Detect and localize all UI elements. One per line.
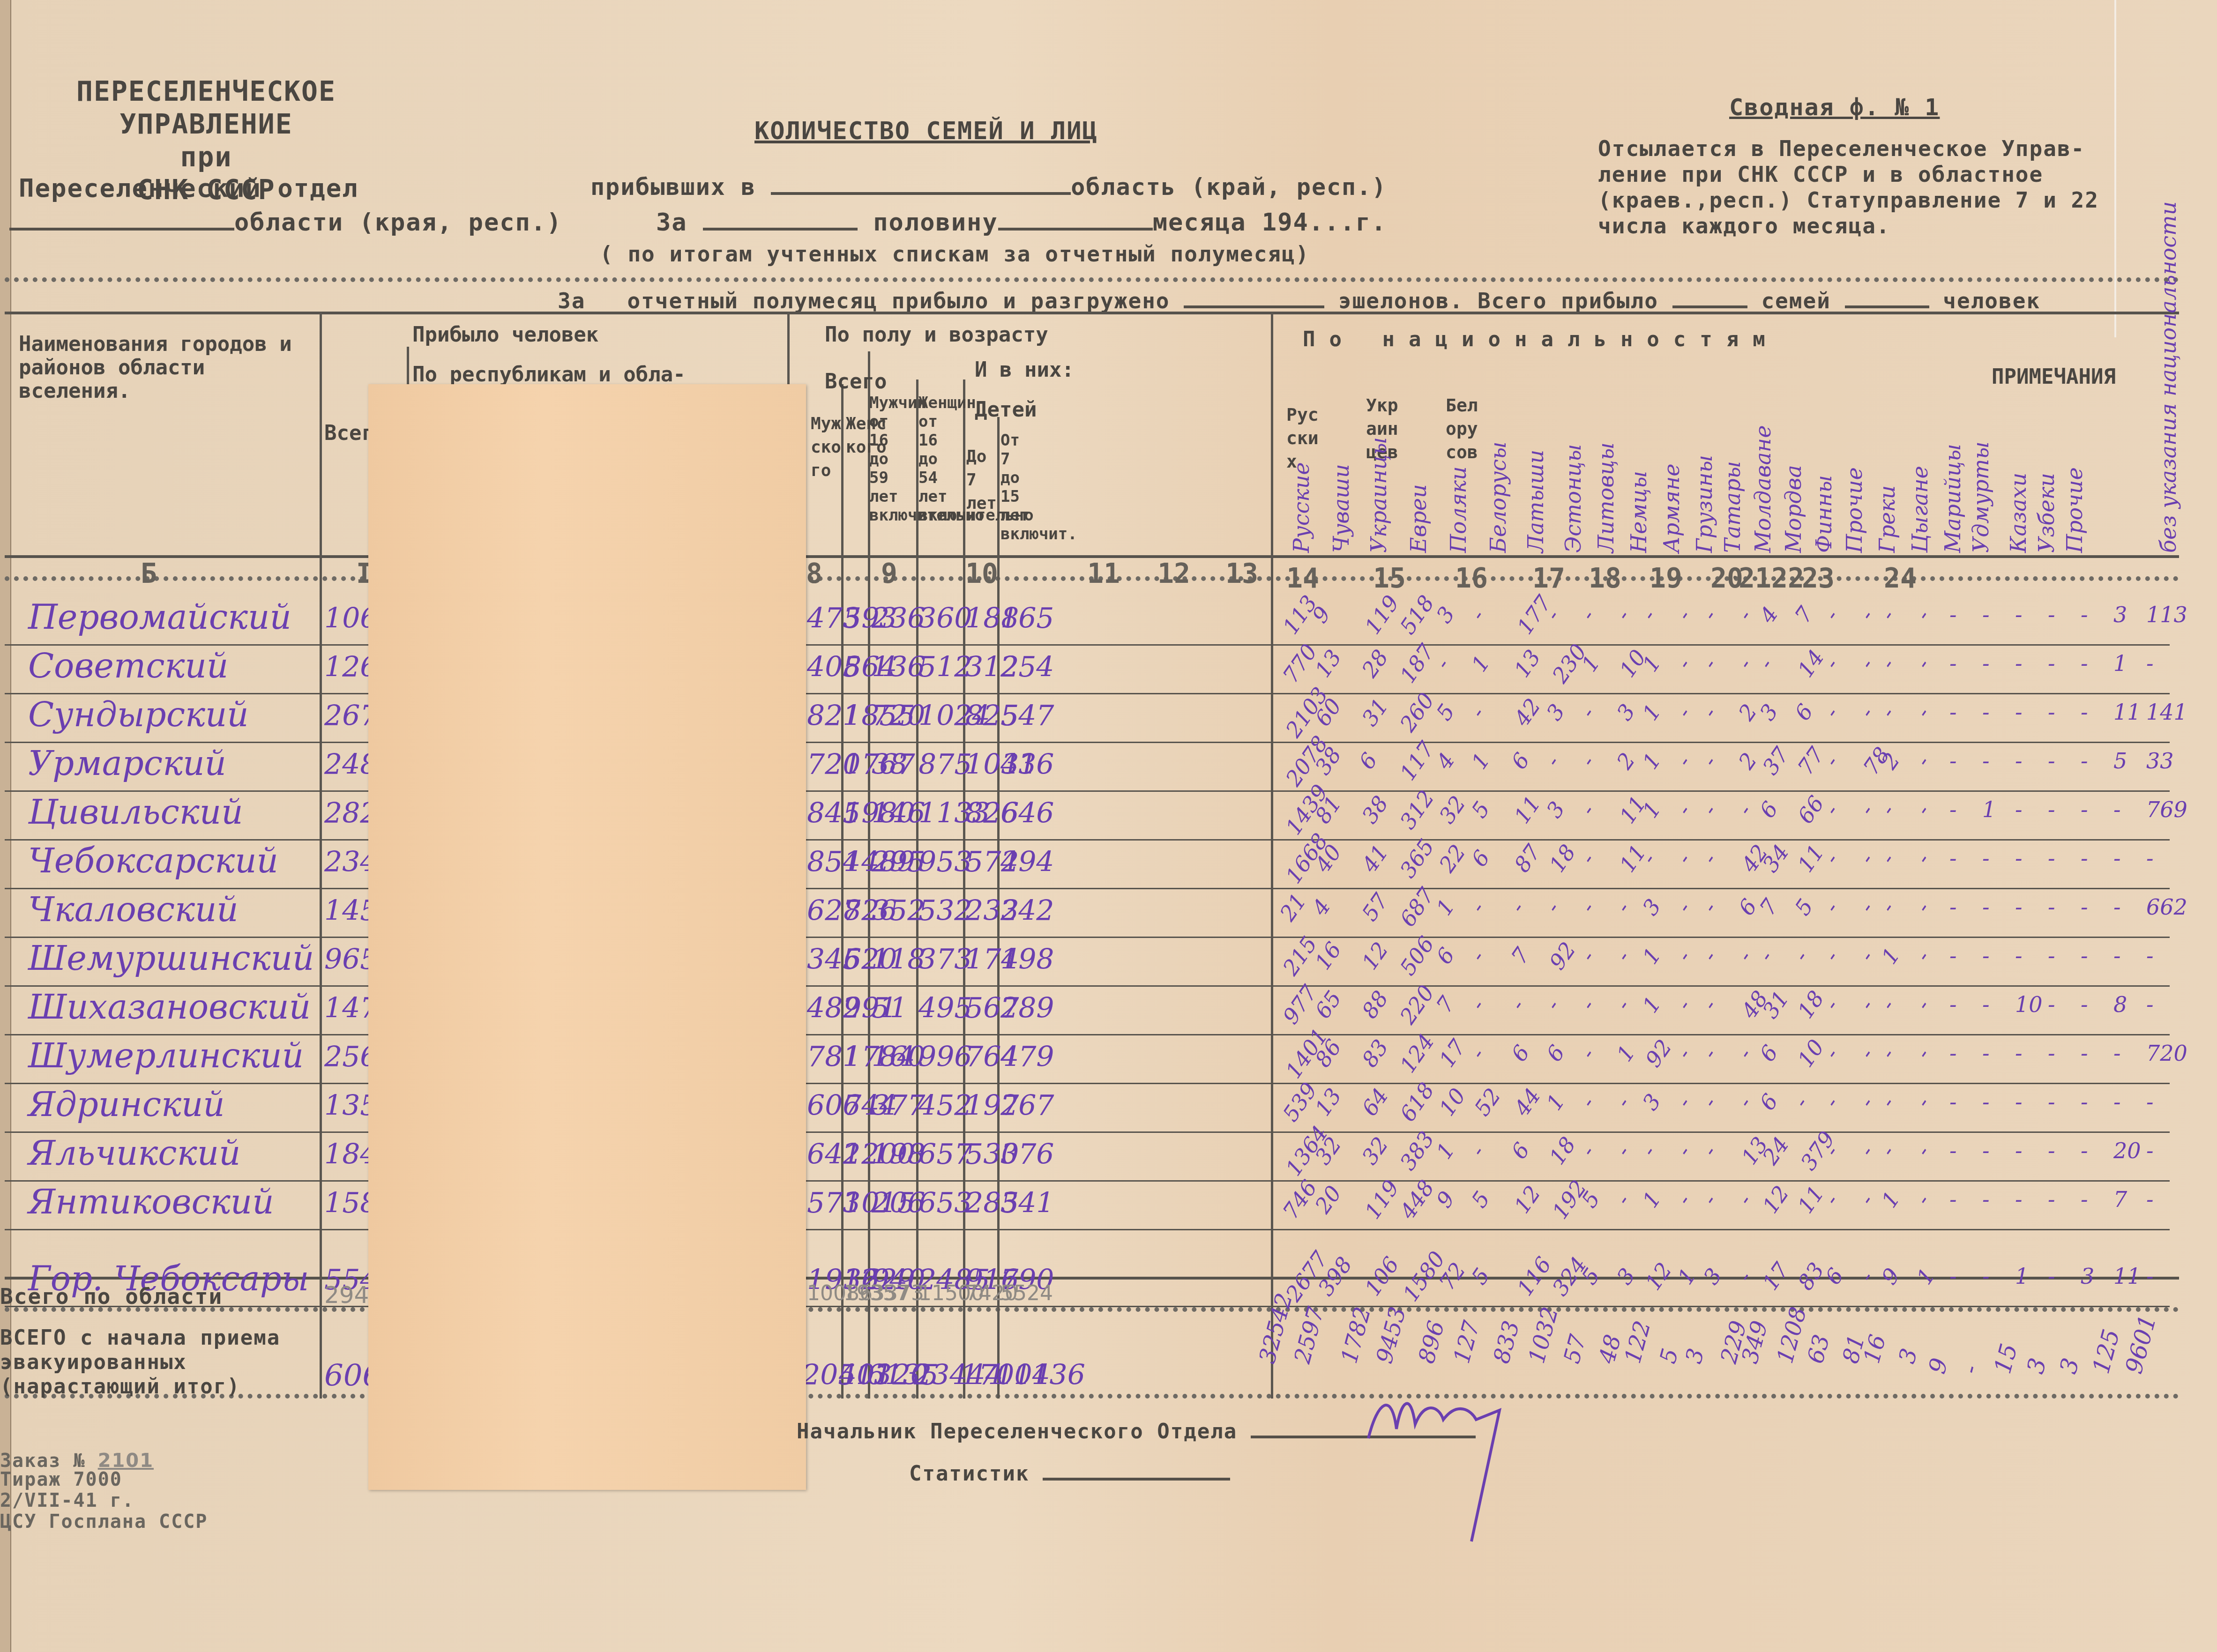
cell-c15: 119 xyxy=(1360,591,1404,639)
cell-c15: 124 xyxy=(1395,1029,1440,1078)
cell-c21: 6 xyxy=(1754,797,1783,823)
belarusians-header: Белорусов xyxy=(1446,394,1478,464)
cell-c24: - xyxy=(2081,1089,2088,1115)
cumulative-c13: 11136 xyxy=(996,1359,1085,1392)
cell-c16: - xyxy=(1465,897,1490,917)
cell-c18: - xyxy=(1610,604,1635,625)
cell-c24: - xyxy=(1949,651,1957,676)
names-header: Наименования городов и районов области в… xyxy=(19,333,300,403)
statistician-line: Статистик xyxy=(909,1462,1230,1486)
cell-c11: 653 xyxy=(918,1187,972,1220)
region-total-c10: 3373 xyxy=(872,1281,924,1305)
cell-c24: - xyxy=(1982,1264,1990,1289)
cell-c24: - xyxy=(2113,1089,2121,1115)
region-total-c13: 5524 xyxy=(1000,1281,1053,1305)
document-page: ПЕРЕСЕЛЕНЧЕСКОЕ УПРАВЛЕНИЕ при СНК СССР … xyxy=(0,0,2217,1652)
cell-c17: - xyxy=(1505,994,1530,1015)
cell-c18: 3 xyxy=(1612,1264,1640,1289)
cell-c16: 5 xyxy=(1466,1187,1495,1213)
cell-c24: - xyxy=(2081,1041,2088,1066)
district-name: Урмарский xyxy=(28,744,226,783)
arrived-suffix: область (край, респ.) xyxy=(1071,173,1387,201)
cell-c15: 365 xyxy=(1395,834,1440,883)
cell-c19: 92 xyxy=(1640,1035,1677,1072)
cell-c18: - xyxy=(1575,897,1600,917)
hand-subheader: Удмурты xyxy=(1968,441,1993,553)
cumulative-c24: 3 xyxy=(2054,1355,2084,1377)
cell-c23: - xyxy=(1875,1140,1900,1161)
cell-c24: 11 xyxy=(2113,699,2141,725)
cumulative-c24: 9601 xyxy=(2120,1312,2162,1377)
cell-c24: - xyxy=(2048,1138,2055,1163)
colno-9: 9 xyxy=(881,558,897,589)
cell-c15: 28 xyxy=(1357,645,1393,682)
cell-c18: - xyxy=(1610,994,1635,1015)
chief-label: Начальник Переселенческого Отдела xyxy=(797,1420,1237,1444)
cell-c18: - xyxy=(1575,702,1600,722)
period-mid: половину xyxy=(873,208,998,237)
cumulative-c14: 2597 xyxy=(1289,1304,1329,1366)
cell-c24: - xyxy=(2015,748,2023,774)
hand-subheader: Чуваши xyxy=(1329,464,1354,553)
cell-c19: 12 xyxy=(1640,1258,1677,1295)
cell-c15: 260 xyxy=(1395,688,1440,737)
cumulative-c22: 63 xyxy=(1802,1332,1835,1366)
cell-c21: 66 xyxy=(1792,791,1829,828)
cell-c23: - xyxy=(1875,604,1900,625)
hand-subheader: Армяне xyxy=(1659,464,1684,553)
cell-c19: - xyxy=(1671,994,1696,1015)
cell-c18: - xyxy=(1610,1092,1635,1112)
table-top-border xyxy=(5,312,2179,314)
cell-c21: 6 xyxy=(1754,1089,1783,1115)
cell-c23: 9 xyxy=(1876,1264,1905,1289)
cell-c18: - xyxy=(1575,1092,1600,1112)
cell-c20: - xyxy=(1732,799,1757,820)
cell-c23: - xyxy=(1910,653,1935,674)
cell-c24: - xyxy=(1982,943,1990,968)
cell-c15: 38 xyxy=(1357,791,1393,828)
cell-c19: - xyxy=(1671,799,1696,820)
region-total-label: Всего по области xyxy=(0,1284,223,1309)
colno-11: 11 xyxy=(1087,558,1120,589)
cell-c17: 6 xyxy=(1506,1041,1535,1066)
cell-c15: 106 xyxy=(1360,1252,1404,1301)
org-line5: области (края, респ.) xyxy=(234,208,562,237)
cell-c15: 220 xyxy=(1395,981,1440,1029)
hand-subheader: Прочие xyxy=(1842,467,1867,553)
cell-c20: - xyxy=(1732,945,1757,966)
period-suffix: месяца 194...г. xyxy=(1153,208,1387,237)
district-name: Первомайский xyxy=(28,597,291,637)
cell-c17: 42 xyxy=(1509,694,1545,731)
cell-c17: - xyxy=(1540,994,1565,1015)
cell-c21: 17 xyxy=(1757,1258,1794,1295)
summary-text4: человек xyxy=(1943,288,2040,313)
doc-title: КОЛИЧЕСТВО СЕМЕЙ И ЛИЦ xyxy=(754,117,1098,145)
cell-c13: 198 xyxy=(1000,943,1054,976)
cumulative-c20: 3 xyxy=(1680,1346,1709,1366)
hand-subheader: Татары xyxy=(1720,461,1745,553)
cumulative-c18: 48 xyxy=(1594,1332,1627,1366)
cell-c15: 31 xyxy=(1357,694,1393,731)
cell-c23: 1 xyxy=(1876,943,1905,969)
cell-c24: - xyxy=(2048,797,2055,822)
cell-c24: - xyxy=(2113,894,2121,920)
hand-subheader: Узбеки xyxy=(2034,473,2059,553)
cell-c20: - xyxy=(1697,1189,1722,1210)
cell-c13: 494 xyxy=(1000,846,1054,878)
colno-16: 16 xyxy=(1455,562,1488,594)
cell-c23: - xyxy=(1910,799,1935,820)
cell-c24: - xyxy=(2146,1138,2154,1163)
cell-c24: 1 xyxy=(1982,797,1996,822)
cell-c15: 448 xyxy=(1395,1176,1440,1224)
cell-c18: - xyxy=(1610,945,1635,966)
cumulative-c17: 833 xyxy=(1488,1318,1525,1366)
cell-c20: - xyxy=(1697,799,1722,820)
cell-c20: - xyxy=(1697,1092,1722,1112)
hand-subheader: Мордва xyxy=(1781,465,1806,553)
cell-c16: 52 xyxy=(1469,1084,1506,1121)
cell-c17: 44 xyxy=(1509,1084,1545,1121)
cell-c10: 236 xyxy=(872,602,926,635)
cumulative-c24: 3 xyxy=(2022,1355,2052,1377)
cell-c18: - xyxy=(1610,897,1635,917)
cell-c22: - xyxy=(1854,653,1879,674)
district-name: Советский xyxy=(28,646,228,685)
cell-c18: - xyxy=(1610,1140,1635,1161)
hand-subheader: Эстонцы xyxy=(1560,444,1586,553)
hand-subheader: Белорусы xyxy=(1485,442,1511,553)
print-label: Тираж xyxy=(0,1469,61,1490)
cell-c24: 7 xyxy=(2113,1187,2127,1212)
cell-c17: 18 xyxy=(1544,1132,1581,1169)
cell-c19: - xyxy=(1671,1189,1696,1210)
cell-c22: - xyxy=(1854,897,1879,917)
cell-c17: 13 xyxy=(1509,645,1545,682)
cell-c10: 146 xyxy=(872,797,926,830)
col-divider-9 xyxy=(841,384,844,1399)
cell-c11: 360 xyxy=(918,602,972,635)
cell-c23: - xyxy=(1875,1092,1900,1112)
print-line: Тираж 7000 xyxy=(0,1469,122,1490)
male-subheader: Мужского xyxy=(811,412,844,483)
cell-c19: 1 xyxy=(1637,1187,1666,1213)
cell-c23: 1 xyxy=(1911,1264,1940,1289)
cell-c19: 1 xyxy=(1637,699,1666,725)
colno-13: 13 xyxy=(1225,558,1258,589)
cumulative-c15: 9453 xyxy=(1371,1304,1411,1366)
row-divider xyxy=(5,644,2170,646)
cell-c22: - xyxy=(1854,702,1879,722)
cell-c19: 3 xyxy=(1637,1089,1666,1115)
cell-c17: 92 xyxy=(1544,938,1581,975)
cell-c15: 88 xyxy=(1357,986,1393,1023)
cell-c24: 720 xyxy=(2146,1041,2187,1066)
cell-c18: - xyxy=(1575,1140,1600,1161)
cell-c23: - xyxy=(1875,799,1900,820)
cell-c17: - xyxy=(1540,897,1565,917)
cell-c21: 18 xyxy=(1792,986,1829,1023)
row-divider xyxy=(5,937,2170,938)
cell-c13: 376 xyxy=(1000,1138,1054,1171)
cell-c15: 312 xyxy=(1395,786,1440,834)
cell-c24: - xyxy=(2113,943,2121,968)
cell-c24: - xyxy=(2081,943,2088,968)
cell-c15: 518 xyxy=(1395,591,1440,639)
district-name: Сундырский xyxy=(28,695,249,734)
cell-c17: 3 xyxy=(1541,797,1570,823)
cell-c11: 875 xyxy=(918,748,972,781)
cell-c24: - xyxy=(2146,1187,2154,1212)
men-subheader: Мужчин от 16 до 59 лет включительно xyxy=(869,394,914,525)
org-line1: ПЕРЕСЕЛЕНЧЕСКОЕ УПРАВЛЕНИЕ xyxy=(5,75,408,141)
summary-line: За отчетный полумесяц прибыло и разгруже… xyxy=(558,288,2040,313)
cell-c19: - xyxy=(1671,1092,1696,1112)
cell-c17: 1 xyxy=(1541,1089,1570,1115)
cell-c10: 136 xyxy=(872,651,926,684)
cell-c23: - xyxy=(1910,897,1935,917)
row-divider xyxy=(5,790,2170,792)
hand-subheader: Поляки xyxy=(1446,466,1471,553)
cell-c22: - xyxy=(1819,945,1844,966)
cell-c16: 1 xyxy=(1466,651,1495,677)
cell-c17: 12 xyxy=(1509,1181,1545,1218)
cell-c21: 10 xyxy=(1792,1035,1829,1072)
cell-c24: - xyxy=(1949,602,1957,627)
cell-c24: 8 xyxy=(2113,992,2127,1017)
cell-c23: - xyxy=(1875,1043,1900,1064)
cell-c23: - xyxy=(1910,702,1935,722)
summary-text2: эшелонов. Всего прибыло xyxy=(1338,288,1658,313)
cumulative-c15: 1782 xyxy=(1336,1304,1376,1366)
cell-c22: - xyxy=(1854,1140,1879,1161)
hand-subheader: Немцы xyxy=(1626,471,1651,553)
by-republics-header: По республикам и обла- xyxy=(412,363,686,387)
cell-c24: 769 xyxy=(2146,797,2187,822)
colno-8: 8 xyxy=(806,558,822,589)
cumulative-c16: 127 xyxy=(1448,1318,1485,1366)
cell-c16: - xyxy=(1465,994,1490,1015)
cell-c21: 37 xyxy=(1757,743,1794,780)
cell-c24: 11 xyxy=(2113,1264,2141,1289)
cell-c24: - xyxy=(1949,797,1957,822)
cell-c21: - xyxy=(1788,1092,1813,1112)
cell-c15: 83 xyxy=(1357,1035,1393,1072)
cell-c15: 41 xyxy=(1357,840,1393,877)
cell-c10: 38 xyxy=(872,748,907,781)
cell-c22: - xyxy=(1854,1266,1879,1287)
cell-c18: 3 xyxy=(1612,699,1640,725)
cell-c18: 1 xyxy=(1612,1041,1640,1066)
cell-c23: - xyxy=(1875,702,1900,722)
cell-c22: - xyxy=(1854,799,1879,820)
cell-c16: 6 xyxy=(1466,846,1495,871)
cell-c13: 341 xyxy=(1000,1187,1054,1220)
cell-c22: - xyxy=(1854,1043,1879,1064)
cell-c15: 618 xyxy=(1395,1078,1440,1126)
cell-c16: 17 xyxy=(1434,1035,1471,1072)
cell-c24: - xyxy=(2081,699,2088,725)
colno-14: 14 xyxy=(1286,562,1319,594)
send-line3: (краев.,респ.) Статуправление 7 и 22 xyxy=(1598,187,2099,213)
cell-c20: - xyxy=(1732,1043,1757,1064)
cell-c24: - xyxy=(1949,1089,1957,1115)
cell-c17: 6 xyxy=(1506,748,1535,774)
cell-c16: 32 xyxy=(1434,791,1471,828)
cell-c20: - xyxy=(1732,653,1757,674)
cell-c15: 187 xyxy=(1395,640,1440,688)
cell-c16: - xyxy=(1465,702,1490,722)
cell-c24: - xyxy=(2015,1041,2023,1066)
colno-15: 15 xyxy=(1373,562,1406,594)
cell-c18: - xyxy=(1575,604,1600,625)
hand-subheader: Цыгане xyxy=(1907,466,1933,553)
hand-subheader: Латыши xyxy=(1523,450,1548,553)
cell-c24: - xyxy=(1949,1187,1957,1212)
cell-c24: - xyxy=(2015,894,2023,920)
cell-c21: 11 xyxy=(1792,1181,1829,1218)
send-line1: Отсылается в Переселенческое Управ- xyxy=(1598,136,2099,162)
hand-subheader: без указания национальности xyxy=(2156,201,2181,553)
cell-c23: - xyxy=(1910,1092,1935,1112)
org-line4: Переселенческий отдел xyxy=(19,173,358,203)
cell-c24: 1 xyxy=(2015,1264,2029,1289)
hand-subheader: Прочие xyxy=(2062,467,2087,553)
col-divider-14 xyxy=(1271,312,1273,1399)
cell-c24: - xyxy=(2048,748,2055,774)
cell-c22: - xyxy=(1854,945,1879,966)
cell-c15: 383 xyxy=(1395,1127,1440,1175)
cell-c19: 1 xyxy=(1672,1264,1701,1289)
cell-c24: - xyxy=(2146,1264,2154,1289)
cell-c24: - xyxy=(2081,1138,2088,1163)
cell-c19: 1 xyxy=(1637,943,1666,969)
cumulative-c23: 3 xyxy=(1894,1346,1923,1366)
cell-c24: - xyxy=(2048,1089,2055,1115)
district-name: Шихазановский xyxy=(28,987,311,1027)
cell-c18: - xyxy=(1575,1043,1600,1064)
cell-c16: 5 xyxy=(1466,797,1495,823)
cell-c24: - xyxy=(2081,602,2088,627)
colno-10: 10 xyxy=(965,558,998,589)
colno-21: 21 xyxy=(1739,562,1771,594)
cell-c24: - xyxy=(1982,846,1990,871)
cell-c17: 6 xyxy=(1506,1138,1535,1164)
women-subheader: Женщин от 16 до 54 лет включительно xyxy=(918,394,963,525)
cell-c20: - xyxy=(1697,1140,1722,1161)
cell-c18: - xyxy=(1575,945,1600,966)
cell-c15: 506 xyxy=(1395,932,1440,980)
cell-c24: - xyxy=(2081,894,2088,920)
cell-c20: 2 xyxy=(1733,748,1762,774)
colno-12: 12 xyxy=(1157,558,1190,589)
statistician-label: Статистик xyxy=(909,1462,1029,1486)
cell-c24: - xyxy=(1982,1138,1990,1163)
summary-text3: семей xyxy=(1761,288,1830,313)
cumulative-label: ВСЕГО с начала приема эвакуированных (на… xyxy=(0,1326,314,1399)
colno-24: 24 xyxy=(1884,562,1917,594)
cell-c24: - xyxy=(2113,846,2121,871)
cell-c21: 4 xyxy=(1754,602,1783,628)
cell-c10: 295 xyxy=(872,846,926,878)
cell-c18: - xyxy=(1575,994,1600,1015)
cell-c24: - xyxy=(2015,846,2023,871)
cell-c19: - xyxy=(1671,653,1696,674)
cell-c22: - xyxy=(1819,1092,1844,1112)
cell-c15: 57 xyxy=(1357,889,1393,926)
cell-c17: - xyxy=(1505,897,1530,917)
cell-c24: - xyxy=(1949,1264,1957,1289)
cell-c24: - xyxy=(2015,797,2023,822)
cell-c11: 953 xyxy=(918,846,972,878)
cell-c22: - xyxy=(1819,702,1844,722)
cell-c17: 3 xyxy=(1541,699,1570,725)
of-them-header: И в них: xyxy=(975,358,1074,382)
cell-c24: - xyxy=(2048,846,2055,871)
cell-c20: - xyxy=(1732,604,1757,625)
cell-c11: 512 xyxy=(918,651,972,684)
cell-c15: 64 xyxy=(1357,1084,1393,1121)
cell-c15: 687 xyxy=(1395,883,1440,931)
cell-c24: 662 xyxy=(2146,894,2187,920)
cell-c24: - xyxy=(1982,602,1990,627)
cell-c24: - xyxy=(1982,748,1990,774)
cell-c23: - xyxy=(1910,945,1935,966)
cumulative-c24: 15 xyxy=(1989,1341,2023,1377)
district-name: Шумерлинский xyxy=(28,1036,304,1075)
cell-c24: - xyxy=(2113,797,2121,822)
cell-c13: 165 xyxy=(1000,602,1054,635)
cell-c21: 12 xyxy=(1757,1181,1794,1218)
cell-c20: - xyxy=(1697,897,1722,917)
cell-c13: 254 xyxy=(1000,651,1054,684)
binding-edge xyxy=(0,0,11,1652)
cell-c19: - xyxy=(1671,702,1696,722)
cell-c19: 1 xyxy=(1637,748,1666,774)
cell-c24: - xyxy=(1949,748,1957,774)
cell-c18: 2 xyxy=(1612,748,1640,774)
cell-c19: - xyxy=(1636,604,1661,625)
cell-c24: - xyxy=(1982,894,1990,920)
cell-c24: - xyxy=(2081,1187,2088,1212)
row-divider xyxy=(5,693,2170,694)
cell-c20: - xyxy=(1732,1266,1757,1287)
cell-c10: 198 xyxy=(872,1138,926,1171)
cell-c24: - xyxy=(1982,1187,1990,1212)
hand-subheader: Литовцы xyxy=(1593,442,1619,553)
cell-c24: - xyxy=(2081,992,2088,1017)
cell-c24: 113 xyxy=(2146,602,2187,627)
district-name: Ядринский xyxy=(28,1085,225,1124)
date-line: 2/VII-41 г. xyxy=(0,1490,134,1511)
cell-c21: 7 xyxy=(1754,894,1783,920)
cell-c20: - xyxy=(1697,653,1722,674)
cell-c20: - xyxy=(1697,1043,1722,1064)
cell-c24: - xyxy=(2015,1089,2023,1115)
cell-c11: 495 xyxy=(918,992,972,1025)
row-divider xyxy=(5,839,2170,841)
cell-c24: - xyxy=(2081,651,2088,676)
cell-c18: - xyxy=(1575,751,1600,771)
colno-23: 23 xyxy=(1802,562,1835,594)
cell-c24: - xyxy=(2015,1138,2023,1163)
col-divider-names xyxy=(320,312,322,1399)
cell-c24: - xyxy=(2015,943,2023,968)
cell-c21: 3 xyxy=(1754,699,1783,725)
notes-header: ПРИМЕЧАНИЯ xyxy=(1992,365,2116,389)
